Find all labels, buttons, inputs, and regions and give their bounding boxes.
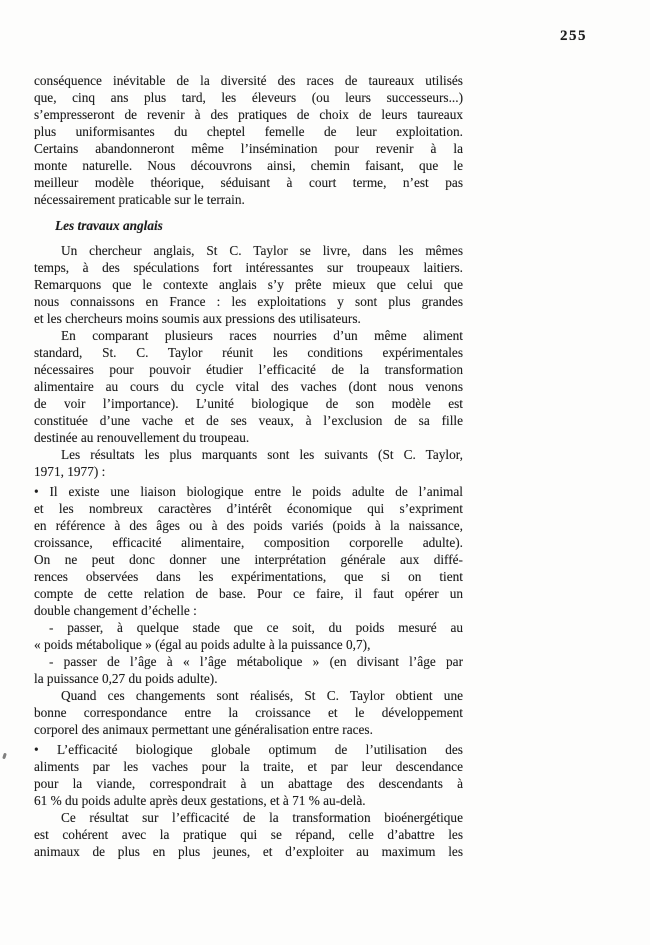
text-line: 61 % du poids adulte après deux gestatio… <box>34 792 463 809</box>
text-line: corporel des animaux permettant une géné… <box>34 721 463 738</box>
text-line: croissance, efficacité alimentaire, comp… <box>34 534 463 551</box>
paragraph: En comparant plusieurs races nourries d’… <box>34 327 463 446</box>
text-line: 1971, 1977) : <box>34 463 463 480</box>
text-line: - passer, à quelque stade que ce soit, d… <box>34 619 463 636</box>
text-line: nécessairement praticable sur le terrain… <box>34 191 463 208</box>
paragraph: Les résultats les plus marquants sont le… <box>34 446 463 480</box>
text-line: bonne correspondance entre la croissance… <box>34 704 463 721</box>
bullet-paragraph: • L’efficacité biologique globale optimu… <box>34 741 463 809</box>
scan-artifact <box>2 753 7 760</box>
text-line: Quand ces changements sont réalisés, St … <box>34 687 463 704</box>
text-line: animaux de plus en plus jeunes, et d’exp… <box>34 843 463 860</box>
text-line: et les chercheurs moins soumis aux press… <box>34 310 463 327</box>
text-line: plus uniformisantes du cheptel femelle d… <box>34 123 463 140</box>
text-line: meilleur modèle théorique, séduisant à c… <box>34 174 463 191</box>
dash-item: - passer de l’âge à « l’âge métabolique … <box>34 653 463 687</box>
book-page: 255 conséquence inévitable de la diversi… <box>0 0 650 945</box>
text-line: que, cinq ans plus tard, les éleveurs (o… <box>34 89 463 106</box>
paragraph: conséquence inévitable de la diversité d… <box>34 72 463 208</box>
text-line: de voir l’importance). L’unité biologiqu… <box>34 395 463 412</box>
text-line: nécessaires pour pouvoir étudier l’effic… <box>34 361 463 378</box>
text-line: double changement d’échelle : <box>34 602 463 619</box>
paragraph: Quand ces changements sont réalisés, St … <box>34 687 463 738</box>
paragraph: Un chercheur anglais, St C. Taylor se li… <box>34 242 463 327</box>
bullet-paragraph: • Il existe une liaison biologique entre… <box>34 483 463 619</box>
text-line: Certains abandonneront même l’inséminati… <box>34 140 463 157</box>
paragraph: Ce résultat sur l’efficacité de la trans… <box>34 809 463 860</box>
text-line: constituée d’une vache et de ses veaux, … <box>34 412 463 429</box>
text-line: destinée au renouvellement du troupeau. <box>34 429 463 446</box>
text-line: Un chercheur anglais, St C. Taylor se li… <box>34 242 463 259</box>
text-line: conséquence inévitable de la diversité d… <box>34 72 463 89</box>
text-line: On ne peut donc donner une interprétatio… <box>34 551 463 568</box>
text-line: aliments par les vaches pour la traite, … <box>34 758 463 775</box>
text-line: rences observées dans les expérimentatio… <box>34 568 463 585</box>
text-line: Les résultats les plus marquants sont le… <box>34 446 463 463</box>
text-column: conséquence inévitable de la diversité d… <box>34 72 463 860</box>
text-line: en référence à des âges ou à des poids v… <box>34 517 463 534</box>
text-line: Ce résultat sur l’efficacité de la trans… <box>34 809 463 826</box>
text-line: temps, à des spéculations fort intéressa… <box>34 259 463 276</box>
text-line: • Il existe une liaison biologique entre… <box>34 483 463 500</box>
text-line: monte naturelle. Nous découvrons ainsi, … <box>34 157 463 174</box>
text-line: - passer de l’âge à « l’âge métabolique … <box>34 653 463 670</box>
dash-item: - passer, à quelque stade que ce soit, d… <box>34 619 463 653</box>
text-line: la puissance 0,27 du poids adulte). <box>34 670 463 687</box>
text-line: nous connaissons en France : les exploit… <box>34 293 463 310</box>
text-line: pour la viande, correspondrait à un abat… <box>34 775 463 792</box>
text-line: « poids métabolique » (égal au poids adu… <box>34 636 463 653</box>
page-number: 255 <box>560 28 587 45</box>
text-line: alimentaire au cours du cycle vital des … <box>34 378 463 395</box>
text-line: En comparant plusieurs races nourries d’… <box>34 327 463 344</box>
text-line: compte de cette relation de base. Pour c… <box>34 585 463 602</box>
text-line: • L’efficacité biologique globale optimu… <box>34 741 463 758</box>
text-line: est cohérent avec la pratique qui se rép… <box>34 826 463 843</box>
text-line: Remarquons que le contexte anglais s’y p… <box>34 276 463 293</box>
text-line: et les nombreux caractères d’intérêt éco… <box>34 500 463 517</box>
text-line: standard, St. C. Taylor réunit les condi… <box>34 344 463 361</box>
text-line: s’empresseront de revenir à des pratique… <box>34 106 463 123</box>
text-line: Les travaux anglais <box>55 217 463 234</box>
section-heading: Les travaux anglais <box>34 217 463 234</box>
